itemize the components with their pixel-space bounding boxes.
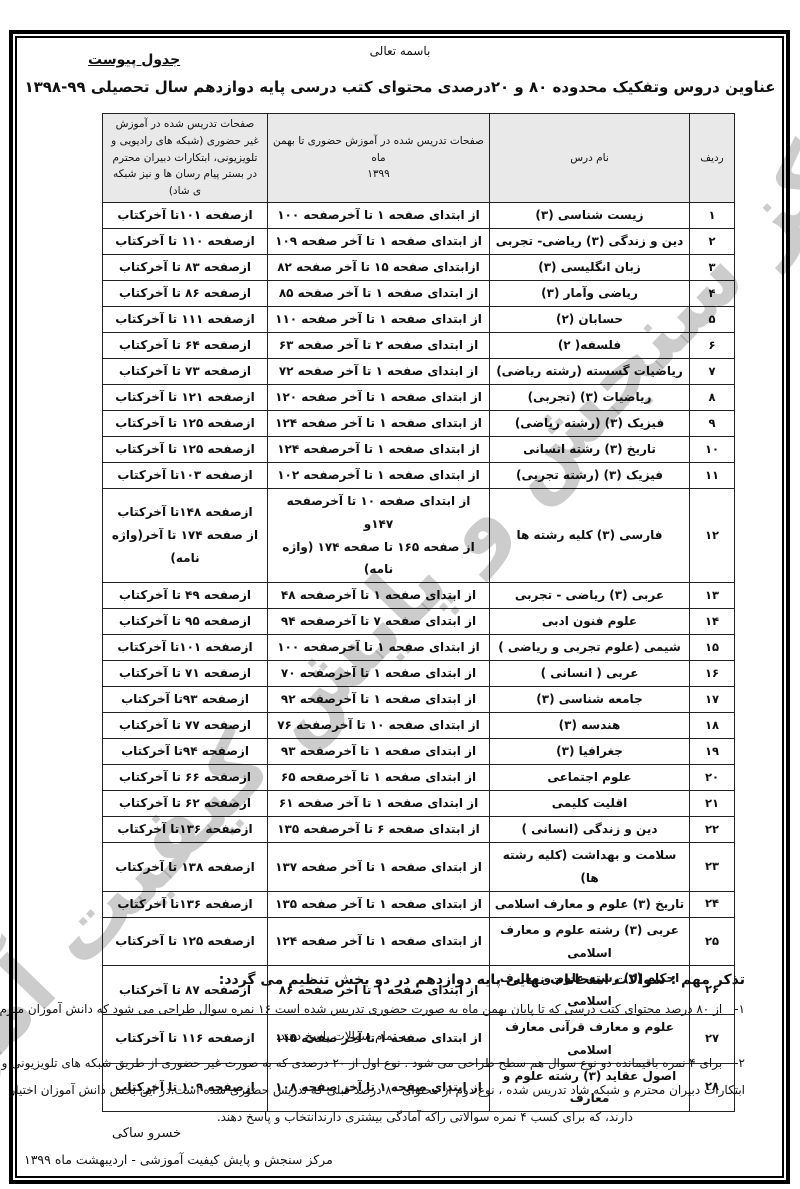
cell-line: ازصفحه ۱۲۵ تا آخرکتاب	[106, 412, 264, 435]
cell-line: ۷	[693, 361, 731, 383]
cell-course-name: عربی (۳) ریاضی - تجربی	[490, 583, 690, 609]
cell-line: شیمی (علوم تجربی و ریاضی )	[493, 636, 686, 659]
course-table-wrapper: ردیف نام درس صفحات تدریس شده در آموزش حض…	[103, 113, 735, 1112]
cell-course-name: ریاضیات گسسته (رشته ریاضی)	[490, 358, 690, 384]
table-row: ۵حسابان (۲)از ابتدای صفحه ۱ تا آخر صفحه …	[103, 306, 735, 332]
cell-line: ۱۱	[693, 465, 731, 487]
cell-line: فلسفه( ۲)	[493, 334, 686, 357]
cell-line: از ابتدای صفحه ۱ تا آخر صفحه ۷۲	[271, 360, 486, 383]
cell-line: از ابتدای صفحه ۶ تا آخرصفحه ۱۳۵	[271, 818, 486, 841]
cell-line: ازصفحه ۱۳۸ تا آخرکتاب	[106, 856, 264, 879]
header-course-name: نام درس	[490, 114, 690, 203]
cell-course-name: هندسه (۳)	[490, 713, 690, 739]
cell-in-person: از ابتدای صفحه ۷ تا آخرصفحه ۹۴	[268, 609, 490, 635]
cell-line: از ابتدای صفحه ۱ تا آخر صفحه ۱۲۴	[271, 930, 486, 953]
cell-course-name: فیزیک (۳) (رشته ریاضی)	[490, 410, 690, 436]
cell-course-name: علوم اجتماعی	[490, 765, 690, 791]
table-header-row: ردیف نام درس صفحات تدریس شده در آموزش حض…	[103, 114, 735, 203]
cell-course-name: جغرافیا (۳)	[490, 739, 690, 765]
cell-row-number: ۹	[690, 410, 735, 436]
cell-course-name: ریاضی وآمار (۳)	[490, 280, 690, 306]
signature-name: خسرو ساکی	[112, 1126, 181, 1141]
cell-course-name: ریاضیات (۳) (تجربی)	[490, 384, 690, 410]
cell-row-number: ۱۷	[690, 687, 735, 713]
note-line: ۲-برای ۴ نمره باقیمانده دو نوع سوال هم س…	[30, 1050, 745, 1077]
notes-section: تذکر مهم : سوالات امتحانات نهایی پایه دو…	[30, 972, 745, 1131]
cell-line: ازصفحه ۱۱۱ تا آخرکتاب	[106, 308, 264, 331]
table-row: ۲۰علوم اجتماعیاز ابتدای صفحه ۱ تا آخرصفح…	[103, 765, 735, 791]
notes-list: ۱-از ۸۰ درصد محتوای کتب درسی که تا پایان…	[30, 996, 745, 1131]
cell-line: از ابتدای صفحه ۱ تا آخر صفحه ۱۲۴	[271, 412, 486, 435]
cell-line: ۱۵	[693, 637, 731, 659]
table-row: ۷ریاضیات گسسته (رشته ریاضی)از ابتدای صفح…	[103, 358, 735, 384]
cell-line: ۲۴	[693, 893, 731, 915]
table-row: ۱۴علوم فنون ادبیاز ابتدای صفحه ۷ تا آخرص…	[103, 609, 735, 635]
cell-line: فیزیک (۳) (رشته ریاضی)	[493, 412, 686, 435]
cell-line: ۵	[693, 309, 731, 331]
cell-line: علوم اجتماعی	[493, 766, 686, 789]
cell-course-name: دین و زندگی (انسانی )	[490, 817, 690, 843]
cell-line: از ابتدای صفحه ۱ تا آخر صفحه ۶۱	[271, 792, 486, 815]
cell-line: سلامت و بهداشت (کلیه رشته ها)	[493, 844, 686, 890]
cell-line: ازصفحه ۱۲۵ تا آخرکتاب	[106, 930, 264, 953]
cell-remote: ازصفحه ۱۱۱ تا آخرکتاب	[103, 306, 268, 332]
cell-line: از ابتدای صفحه ۱ تا آخر صفحه ۱۱۰	[271, 308, 486, 331]
cell-line: عربی (۳) ریاضی - تجربی	[493, 584, 686, 607]
note-line: به تمام سوالات پاسخ دهند.	[30, 1023, 745, 1050]
cell-line: علوم فنون ادبی	[493, 610, 686, 633]
cell-row-number: ۱۳	[690, 583, 735, 609]
course-table: ردیف نام درس صفحات تدریس شده در آموزش حض…	[102, 113, 735, 1112]
cell-line: زیست شناسی (۳)	[493, 204, 686, 227]
cell-in-person: از ابتدای صفحه ۱ تا آخرصفحه ۱۰۰	[268, 202, 490, 228]
cell-row-number: ۱۱	[690, 462, 735, 488]
cell-row-number: ۵	[690, 306, 735, 332]
cell-remote: ازصفحه ۱۳۶تا آخرکتاب	[103, 817, 268, 843]
table-row: ۲۱اقلیت کلیمیاز ابتدای صفحه ۱ تا آخر صفح…	[103, 791, 735, 817]
cell-line: ازصفحه ۱۲۵ تا آخرکتاب	[106, 438, 264, 461]
cell-row-number: ۱۵	[690, 635, 735, 661]
cell-in-person: از ابتدای صفحه ۲ تا آخر صفحه ۶۳	[268, 332, 490, 358]
cell-line: از ابتدای صفحه ۱ تا آخر صفحه ۱۲۰	[271, 386, 486, 409]
cell-in-person: از ابتدای صفحه ۱ تا آخرصفحه ۹۳	[268, 739, 490, 765]
cell-course-name: علوم فنون ادبی	[490, 609, 690, 635]
cell-line: ۱۷	[693, 689, 731, 711]
table-row: ۱۱فیزیک (۳) (رشته تجربی)از ابتدای صفحه ۱…	[103, 462, 735, 488]
cell-remote: ازصفحه ۱۰۱تا آخرکتاب	[103, 202, 268, 228]
cell-line: حسابان (۲)	[493, 308, 686, 331]
table-row: ۸ریاضیات (۳) (تجربی)از ابتدای صفحه ۱ تا …	[103, 384, 735, 410]
cell-row-number: ۲	[690, 228, 735, 254]
table-row: ۱۶عربی ( انسانی )از ابتدای صفحه ۱ تا آخر…	[103, 661, 735, 687]
cell-in-person: از ابتدای صفحه ۱ تا آخرصفحه ۱۰۰	[268, 635, 490, 661]
cell-in-person: از ابتدای صفحه ۱ تا آخر صفحه ۱۳۵	[268, 891, 490, 917]
cell-line: ازصفحه ۷۷ تا آخرکتاب	[106, 714, 264, 737]
cell-line: فارسی (۳) کلیه رشته ها	[493, 524, 686, 547]
cell-line: ۲۲	[693, 819, 731, 841]
note-text: برای ۴ نمره باقیمانده دو نوع سوال هم سطح…	[2, 1056, 723, 1070]
table-row: ۲دین و زندگی (۳) ریاضی- تجربیاز ابتدای ص…	[103, 228, 735, 254]
cell-line: از ابتدای صفحه ۷ تا آخرصفحه ۹۴	[271, 610, 486, 633]
cell-row-number: ۱۶	[690, 661, 735, 687]
cell-in-person: از ابتدای صفحه ۱ تا آخرصفحه ۴۸	[268, 583, 490, 609]
cell-line: ازصفحه ۸۳ تا آخرکتاب	[106, 256, 264, 279]
cell-line: عربی ( انسانی )	[493, 662, 686, 685]
cell-remote: ازصفحه ۹۵ تا آخرکتاب	[103, 609, 268, 635]
cell-line: ۴	[693, 283, 731, 305]
note-line: ابتکارات دبیران محترم و شبکه شاد تدریس ش…	[30, 1077, 745, 1104]
note-item: ۱-از ۸۰ درصد محتوای کتب درسی که تا پایان…	[30, 996, 745, 1050]
cell-remote: ازصفحه ۱۳۸ تا آخرکتاب	[103, 843, 268, 892]
cell-row-number: ۲۱	[690, 791, 735, 817]
cell-course-name: فیزیک (۳) (رشته تجربی)	[490, 462, 690, 488]
cell-line: ازصفحه ۱۰۱تا آخرکتاب	[106, 204, 264, 227]
cell-line: زبان انگلیسی (۳)	[493, 256, 686, 279]
cell-line: ازصفحه ۹۵ تا آخرکتاب	[106, 610, 264, 633]
cell-remote: ازصفحه ۷۷ تا آخرکتاب	[103, 713, 268, 739]
cell-row-number: ۲۳	[690, 843, 735, 892]
table-row: ۳زبان انگلیسی (۳)ازابتدای صفحه ۱۵ تا آخر…	[103, 254, 735, 280]
cell-line: ازصفحه ۱۰۳تا آخرکتاب	[106, 464, 264, 487]
cell-remote: ازصفحه ۶۶ تا آخرکتاب	[103, 765, 268, 791]
table-row: ۱زیست شناسی (۳)از ابتدای صفحه ۱ تا آخرصف…	[103, 202, 735, 228]
table-row: ۱۷جامعه شناسی (۳)از ابتدای صفحه ۱ تا آخر…	[103, 687, 735, 713]
cell-line: از ابتدای صفحه ۱ تا آخر صفحه ۱۳۷	[271, 856, 486, 879]
cell-line: از صفحه ۱۷۴ تا آخر(واژه نامه)	[106, 524, 264, 570]
table-row: ۱۰تاریخ (۳) رشته انسانیاز ابتدای صفحه ۱ …	[103, 436, 735, 462]
cell-row-number: ۲۴	[690, 891, 735, 917]
cell-line: ریاضیات گسسته (رشته ریاضی)	[493, 360, 686, 383]
cell-course-name: اقلیت کلیمی	[490, 791, 690, 817]
cell-course-name: زبان انگلیسی (۳)	[490, 254, 690, 280]
notes-heading: تذکر مهم : سوالات امتحانات نهایی پایه دو…	[30, 972, 745, 988]
cell-row-number: ۲۲	[690, 817, 735, 843]
table-row: ۱۹جغرافیا (۳)از ابتدای صفحه ۱ تا آخرصفحه…	[103, 739, 735, 765]
cell-in-person: از ابتدای صفحه ۱ تا آخرصفحه ۷۰	[268, 661, 490, 687]
cell-line: ۹	[693, 413, 731, 435]
cell-line: از ابتدای صفحه ۱ تا آخرصفحه ۱۰۰	[271, 636, 486, 659]
cell-in-person: از ابتدای صفحه ۱ تا آخرصفحه ۹۲	[268, 687, 490, 713]
cell-line: از ابتدای صفحه ۱ تا آخر صفحه ۱۳۵	[271, 893, 486, 916]
cell-remote: ازصفحه ۱۰۳تا آخرکتاب	[103, 462, 268, 488]
cell-course-name: فلسفه( ۲)	[490, 332, 690, 358]
cell-line: ۱۲	[693, 525, 731, 547]
cell-row-number: ۳	[690, 254, 735, 280]
cell-row-number: ۷	[690, 358, 735, 384]
cell-remote: ازصفحه ۹۳تا آخرکتاب	[103, 687, 268, 713]
cell-line: از ابتدای صفحه ۱ تا آخرصفحه ۶۵	[271, 766, 486, 789]
cell-remote: ازصفحه ۱۳۶تا آخرکتاب	[103, 891, 268, 917]
cell-line: ازصفحه ۹۴تا آخرکتاب	[106, 740, 264, 763]
cell-line: از ابتدای صفحه ۲ تا آخر صفحه ۶۳	[271, 334, 486, 357]
cell-line: ازصفحه ۱۲۱ تا آخرکتاب	[106, 386, 264, 409]
cell-course-name: تاریخ (۳) علوم و معارف اسلامی	[490, 891, 690, 917]
cell-line: ۸	[693, 387, 731, 409]
cell-row-number: ۲۰	[690, 765, 735, 791]
cell-in-person: ازابتدای صفحه ۱۵ تا آخر صفحه ۸۲	[268, 254, 490, 280]
cell-line: ازصفحه ۱۱۰ تا آخرکتاب	[106, 230, 264, 253]
cell-line: ۶	[693, 335, 731, 357]
signature-org: مرکز سنجش و پایش کیفیت آموزشی - اردیبهشت…	[24, 1152, 333, 1167]
cell-line: ازصفحه ۶۶ تا آخرکتاب	[106, 766, 264, 789]
cell-line: ازصفحه ۱۴۸تا آخرکتاب	[106, 501, 264, 524]
cell-remote: ازصفحه ۷۳ تا آخرکتاب	[103, 358, 268, 384]
cell-line: از ابتدای صفحه ۱ تا آخرصفحه ۹۲	[271, 688, 486, 711]
cell-line: جامعه شناسی (۳)	[493, 688, 686, 711]
cell-line: ازصفحه ۸۶ تا آخرکتاب	[106, 282, 264, 305]
table-row: ۱۸هندسه (۳)از ابتدای صفحه ۱۰ تا آخرصفحه …	[103, 713, 735, 739]
cell-row-number: ۴	[690, 280, 735, 306]
cell-row-number: ۱۲	[690, 488, 735, 582]
cell-in-person: از ابتدای صفحه ۱ تا آخر صفحه ۱۰۹	[268, 228, 490, 254]
cell-line: دین و زندگی (۳) ریاضی- تجربی	[493, 230, 686, 253]
table-row: ۲۴تاریخ (۳) علوم و معارف اسلامیاز ابتدای…	[103, 891, 735, 917]
cell-course-name: فارسی (۳) کلیه رشته ها	[490, 488, 690, 582]
cell-remote: ازصفحه ۱۰۱تا آخرکتاب	[103, 635, 268, 661]
cell-line: ازصفحه ۹۳تا آخرکتاب	[106, 688, 264, 711]
cell-course-name: عربی (۳) رشته علوم و معارف اسلامی	[490, 917, 690, 966]
cell-row-number: ۱	[690, 202, 735, 228]
header-in-person-text: صفحات تدریس شده در آموزش حضوری تا بهمن م…	[273, 133, 484, 167]
cell-in-person: از ابتدای صفحه ۱ تا آخر صفحه ۷۲	[268, 358, 490, 384]
cell-line: ۲۵	[693, 931, 731, 953]
cell-row-number: ۱۹	[690, 739, 735, 765]
note-number: ۱-	[734, 996, 745, 1023]
cell-remote: ازصفحه ۱۲۵ تا آخرکتاب	[103, 436, 268, 462]
cell-line: تاریخ (۳) رشته انسانی	[493, 438, 686, 461]
cell-row-number: ۶	[690, 332, 735, 358]
cell-line: ریاضی وآمار (۳)	[493, 282, 686, 305]
cell-remote: ازصفحه ۹۴تا آخرکتاب	[103, 739, 268, 765]
cell-line: ریاضیات (۳) (تجربی)	[493, 386, 686, 409]
cell-line: عربی (۳) رشته علوم و معارف اسلامی	[493, 919, 686, 965]
cell-row-number: ۱۴	[690, 609, 735, 635]
cell-remote: ازصفحه ۱۲۵ تا آخرکتاب	[103, 410, 268, 436]
table-row: ۶فلسفه( ۲)از ابتدای صفحه ۲ تا آخر صفحه ۶…	[103, 332, 735, 358]
cell-row-number: ۱۰	[690, 436, 735, 462]
cell-line: ۲۱	[693, 793, 731, 815]
cell-remote: ازصفحه ۱۴۸تا آخرکتاباز صفحه ۱۷۴ تا آخر(و…	[103, 488, 268, 582]
cell-course-name: حسابان (۲)	[490, 306, 690, 332]
cell-line: فیزیک (۳) (رشته تجربی)	[493, 464, 686, 487]
cell-line: ۱۸	[693, 715, 731, 737]
cell-in-person: از ابتدای صفحه ۱ تا آخر صفحه ۱۱۰	[268, 306, 490, 332]
note-text: از ۸۰ درصد محتوای کتب درسی که تا پایان ب…	[0, 1002, 722, 1016]
cell-in-person: از ابتدای صفحه ۶ تا آخرصفحه ۱۳۵	[268, 817, 490, 843]
table-row: ۱۵شیمی (علوم تجربی و ریاضی )از ابتدای صف…	[103, 635, 735, 661]
cell-line: اقلیت کلیمی	[493, 792, 686, 815]
cell-course-name: زیست شناسی (۳)	[490, 202, 690, 228]
page-title: عناوین دروس وتفکیک محدوده ۸۰ و ۲۰درصدی م…	[0, 78, 800, 96]
cell-line: ازصفحه ۷۳ تا آخرکتاب	[106, 360, 264, 383]
cell-row-number: ۱۸	[690, 713, 735, 739]
cell-line: ۱۹	[693, 741, 731, 763]
table-row: ۱۲فارسی (۳) کلیه رشته هااز ابتدای صفحه ۱…	[103, 488, 735, 582]
note-item: ۲-برای ۴ نمره باقیمانده دو نوع سوال هم س…	[30, 1050, 745, 1131]
cell-in-person: از ابتدای صفحه ۱ تا آخر صفحه ۱۳۷	[268, 843, 490, 892]
cell-line: ازصفحه ۱۰۱تا آخرکتاب	[106, 636, 264, 659]
cell-line: ۱۴	[693, 611, 731, 633]
cell-remote: ازصفحه ۷۱ تا آخرکتاب	[103, 661, 268, 687]
cell-line: ۱۳	[693, 585, 731, 607]
cell-in-person: از ابتدای صفحه ۱ تا آخرصفحه ۱۲۴	[268, 436, 490, 462]
cell-remote: ازصفحه ۸۶ تا آخرکتاب	[103, 280, 268, 306]
cell-in-person: از ابتدای صفحه ۱ تا آخرصفحه ۶۵	[268, 765, 490, 791]
cell-line: از ابتدای صفحه ۱ تا آخرصفحه ۱۰۲	[271, 464, 486, 487]
cell-in-person: از ابتدای صفحه ۱ تا آخر صفحه ۸۵	[268, 280, 490, 306]
cell-line: ازابتدای صفحه ۱۵ تا آخر صفحه ۸۲	[271, 256, 486, 279]
table-row: ۲۵عربی (۳) رشته علوم و معارف اسلامیاز اب…	[103, 917, 735, 966]
cell-in-person: از ابتدای صفحه ۱۰ تا آخرصفحه ۱۴۷واز صفحه…	[268, 488, 490, 582]
cell-remote: ازصفحه ۱۲۱ تا آخرکتاب	[103, 384, 268, 410]
cell-line: از ابتدای صفحه ۱ تا آخر صفحه ۱۰۹	[271, 230, 486, 253]
header-in-person: صفحات تدریس شده در آموزش حضوری تا بهمن م…	[268, 114, 490, 203]
cell-line: ۳	[693, 257, 731, 279]
cell-line: تاریخ (۳) علوم و معارف اسلامی	[493, 893, 686, 916]
cell-course-name: جامعه شناسی (۳)	[490, 687, 690, 713]
header-row-number: ردیف	[690, 114, 735, 203]
cell-remote: ازصفحه ۱۲۵ تا آخرکتاب	[103, 917, 268, 966]
cell-in-person: از ابتدای صفحه ۱ تا آخر صفحه ۱۲۴	[268, 917, 490, 966]
document-page: باسمه تعالی جدول پیوست عناوین دروس وتفکی…	[0, 0, 800, 1189]
cell-remote: ازصفحه ۴۹ تا آخرکتاب	[103, 583, 268, 609]
cell-line: ۲۳	[693, 856, 731, 878]
table-row: ۹فیزیک (۳) (رشته ریاضی)از ابتدای صفحه ۱ …	[103, 410, 735, 436]
cell-line: از ابتدای صفحه ۱ تا آخرصفحه ۴۸	[271, 584, 486, 607]
cell-course-name: دین و زندگی (۳) ریاضی- تجربی	[490, 228, 690, 254]
header-in-person-year: ۱۳۹۹	[273, 166, 484, 183]
cell-remote: ازصفحه ۶۴ تا آخرکتاب	[103, 332, 268, 358]
cell-line: دین و زندگی (انسانی )	[493, 818, 686, 841]
cell-course-name: شیمی (علوم تجربی و ریاضی )	[490, 635, 690, 661]
cell-line: ۱۰	[693, 439, 731, 461]
cell-course-name: تاریخ (۳) رشته انسانی	[490, 436, 690, 462]
cell-line: از ابتدای صفحه ۱ تا آخرصفحه ۱۰۰	[271, 204, 486, 227]
cell-line: جغرافیا (۳)	[493, 740, 686, 763]
cell-line: ازصفحه ۶۴ تا آخرکتاب	[106, 334, 264, 357]
cell-line: هندسه (۳)	[493, 714, 686, 737]
cell-line: از ابتدای صفحه ۱ تا آخرصفحه ۱۲۴	[271, 438, 486, 461]
table-row: ۲۳سلامت و بهداشت (کلیه رشته ها)از ابتدای…	[103, 843, 735, 892]
attachment-label: جدول پیوست	[88, 52, 180, 68]
cell-line: ۲	[693, 231, 731, 253]
cell-line: ازصفحه ۴۹ تا آخرکتاب	[106, 584, 264, 607]
cell-remote: ازصفحه ۱۱۰ تا آخرکتاب	[103, 228, 268, 254]
cell-line: ۱	[693, 205, 731, 227]
table-row: ۲۲دین و زندگی (انسانی )از ابتدای صفحه ۶ …	[103, 817, 735, 843]
cell-line: از ابتدای صفحه ۱۰ تا آخرصفحه ۱۴۷و	[271, 490, 486, 536]
note-number: ۲-	[734, 1050, 745, 1077]
cell-line: ۲۰	[693, 767, 731, 789]
cell-course-name: سلامت و بهداشت (کلیه رشته ها)	[490, 843, 690, 892]
cell-remote: ازصفحه ۶۲ تا آخرکتاب	[103, 791, 268, 817]
cell-in-person: از ابتدای صفحه ۱۰ تا آخرصفحه ۷۶	[268, 713, 490, 739]
note-line: ۱-از ۸۰ درصد محتوای کتب درسی که تا پایان…	[30, 996, 745, 1023]
cell-line: از ابتدای صفحه ۱ تا آخرصفحه ۹۳	[271, 740, 486, 763]
cell-row-number: ۸	[690, 384, 735, 410]
cell-line: از صفحه ۱۶۵ تا صفحه ۱۷۴ (واژه نامه)	[271, 536, 486, 582]
cell-line: از ابتدای صفحه ۱ تا آخرصفحه ۷۰	[271, 662, 486, 685]
cell-line: ازصفحه ۶۲ تا آخرکتاب	[106, 792, 264, 815]
cell-in-person: از ابتدای صفحه ۱ تا آخر صفحه ۱۲۴	[268, 410, 490, 436]
cell-course-name: عربی ( انسانی )	[490, 661, 690, 687]
cell-line: ۱۶	[693, 663, 731, 685]
cell-line: از ابتدای صفحه ۱۰ تا آخرصفحه ۷۶	[271, 714, 486, 737]
cell-in-person: از ابتدای صفحه ۱ تا آخر صفحه ۶۱	[268, 791, 490, 817]
cell-in-person: از ابتدای صفحه ۱ تا آخر صفحه ۱۲۰	[268, 384, 490, 410]
table-row: ۴ریاضی وآمار (۳)از ابتدای صفحه ۱ تا آخر …	[103, 280, 735, 306]
cell-line: ازصفحه ۱۳۶تا آخرکتاب	[106, 818, 264, 841]
cell-line: ازصفحه ۷۱ تا آخرکتاب	[106, 662, 264, 685]
cell-line: ازصفحه ۱۳۶تا آخرکتاب	[106, 893, 264, 916]
cell-line: از ابتدای صفحه ۱ تا آخر صفحه ۸۵	[271, 282, 486, 305]
table-row: ۱۳عربی (۳) ریاضی - تجربیاز ابتدای صفحه ۱…	[103, 583, 735, 609]
cell-in-person: از ابتدای صفحه ۱ تا آخرصفحه ۱۰۲	[268, 462, 490, 488]
cell-remote: ازصفحه ۸۳ تا آخرکتاب	[103, 254, 268, 280]
cell-row-number: ۲۵	[690, 917, 735, 966]
header-remote: صفحات تدریس شده در آموزش غیر حضوری (شبکه…	[103, 114, 268, 203]
